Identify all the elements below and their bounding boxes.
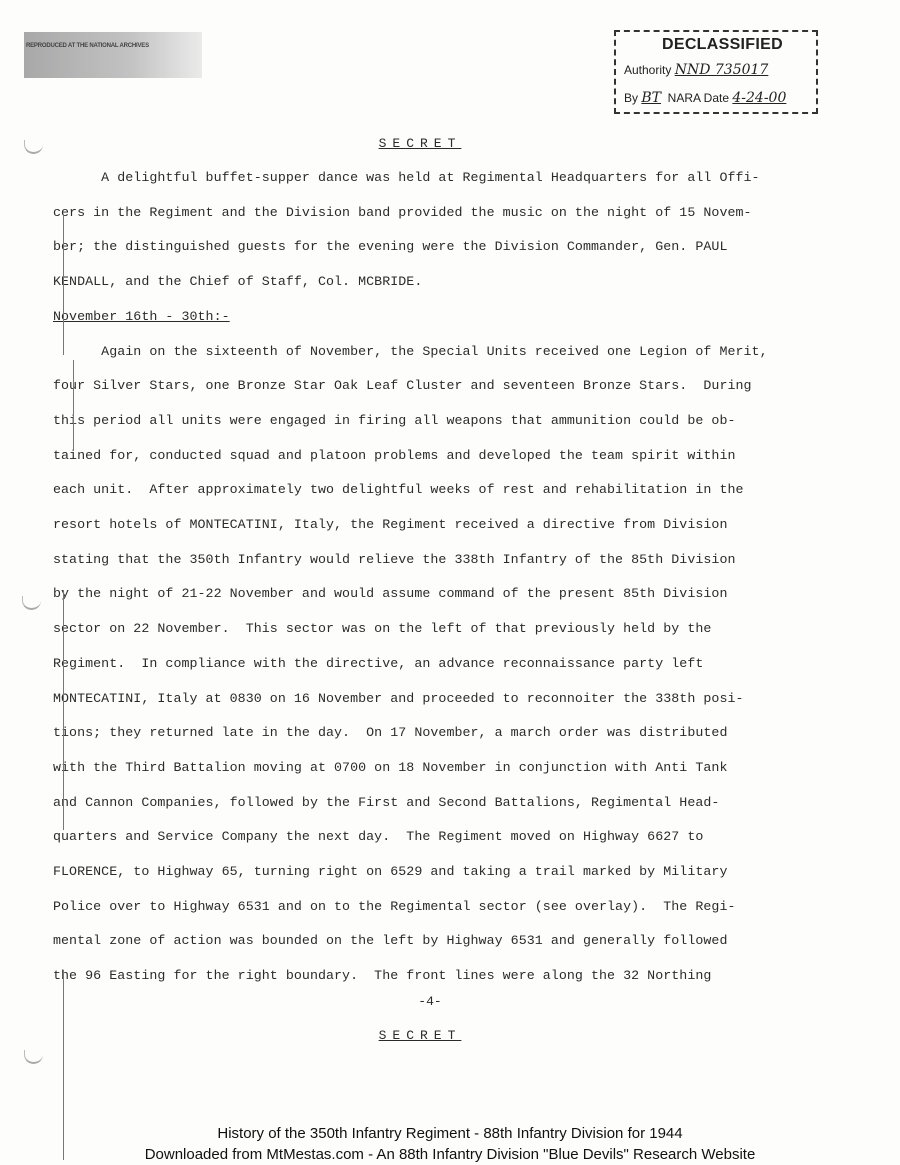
classification-header: SECRET — [0, 136, 840, 151]
stamp-by-row: By BT NARA Date 4-24-00 — [624, 90, 786, 106]
footer-line-1: History of the 350th Infantry Regiment -… — [0, 1123, 900, 1144]
margin-rule — [63, 215, 64, 355]
body-text-line: Regiment. In compliance with the directi… — [53, 656, 703, 671]
declassified-stamp: DECLASSIFIED Authority NND 735017 By BT … — [614, 30, 818, 114]
body-text-line: this period all units were engaged in fi… — [53, 413, 736, 428]
stamp-title: DECLASSIFIED — [662, 36, 783, 54]
page-number: -4- — [0, 994, 860, 1009]
punch-hole-mark — [24, 1050, 43, 1064]
archive-label-text: REPRODUCED AT THE NATIONAL ARCHIVES — [26, 43, 149, 49]
archive-reproduction-label: REPRODUCED AT THE NATIONAL ARCHIVES — [24, 32, 202, 78]
body-text-line: sector on 22 November. This sector was o… — [53, 621, 711, 636]
classification-footer: SECRET — [0, 1028, 840, 1043]
body-text-line: each unit. After approximately two delig… — [53, 482, 744, 497]
body-text-line: A delightful buffet-supper dance was hel… — [53, 170, 760, 185]
stamp-by-label: By — [624, 91, 638, 105]
body-text-line: by the night of 21-22 November and would… — [53, 586, 727, 601]
stamp-authority-row: Authority NND 735017 — [624, 62, 768, 78]
body-text-line: four Silver Stars, one Bronze Star Oak L… — [53, 378, 752, 393]
stamp-by-value: BT — [641, 90, 661, 106]
punch-hole-mark — [22, 596, 41, 610]
body-text-line: resort hotels of MONTECATINI, Italy, the… — [53, 517, 727, 532]
footer-line-2: Downloaded from MtMestas.com - An 88th I… — [0, 1144, 900, 1165]
body-text-line: tions; they returned late in the day. On… — [53, 725, 727, 740]
stamp-authority-label: Authority — [624, 63, 671, 77]
body-text-line: FLORENCE, to Highway 65, turning right o… — [53, 864, 727, 879]
stamp-date-value: 4-24-00 — [732, 90, 786, 106]
margin-rule — [63, 970, 64, 1160]
margin-rule — [63, 590, 64, 830]
body-text-line: KENDALL, and the Chief of Staff, Col. MC… — [53, 274, 422, 289]
body-text-line: cers in the Regiment and the Division ba… — [53, 205, 752, 220]
margin-rule — [73, 360, 74, 450]
website-footer: History of the 350th Infantry Regiment -… — [0, 1123, 900, 1165]
body-text-line: with the Third Battalion moving at 0700 … — [53, 760, 727, 775]
body-text-line: tained for, conducted squad and platoon … — [53, 448, 736, 463]
stamp-date-label: NARA Date — [668, 91, 729, 105]
body-text-line: ber; the distinguished guests for the ev… — [53, 239, 727, 254]
body-text-line: mental zone of action was bounded on the… — [53, 933, 727, 948]
stamp-authority-value: NND 735017 — [675, 62, 769, 78]
body-text-line: quarters and Service Company the next da… — [53, 829, 703, 844]
section-subheading: November 16th - 30th:- — [53, 309, 230, 324]
body-text-line: the 96 Easting for the right boundary. T… — [53, 968, 711, 983]
body-text-line: MONTECATINI, Italy at 0830 on 16 Novembe… — [53, 691, 744, 706]
punch-hole-mark — [24, 140, 43, 154]
body-text-line: Police over to Highway 6531 and on to th… — [53, 899, 736, 914]
body-text-line: Again on the sixteenth of November, the … — [53, 344, 768, 359]
body-text-line: stating that the 350th Infantry would re… — [53, 552, 736, 567]
body-text-line: and Cannon Companies, followed by the Fi… — [53, 795, 719, 810]
